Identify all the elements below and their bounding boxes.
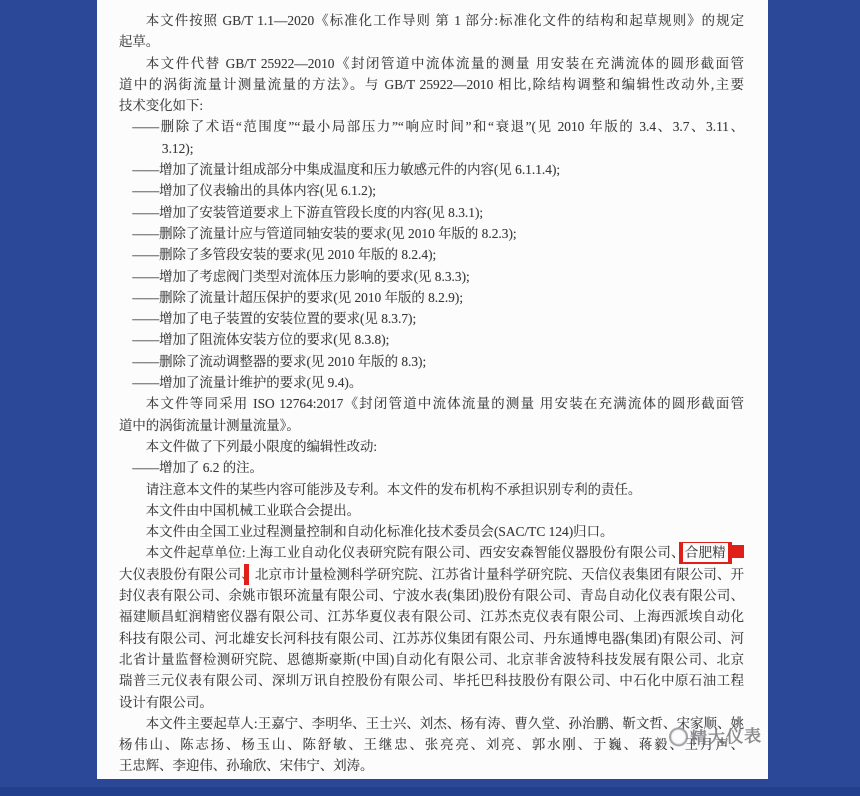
text-segment: 道中的涡街流量计测量流量》。: [119, 418, 300, 433]
text-line: 本文件主要起草人:王嘉宁、李明华、王士兴、刘杰、杨有涛、曹久堂、孙治鹏、靳文哲、…: [119, 713, 744, 734]
text-segment: ——增加了电子装置的安装位置的要求(见 8.3.7);: [132, 311, 416, 326]
text-segment: ——删除了流动调整器的要求(见 2010 年版的 8.3);: [132, 354, 426, 369]
text-segment: ——删除了流量计应与管道同轴安装的要求(见 2010 年版的 8.2.3);: [132, 226, 516, 241]
text-segment: ——删除了术语“范围度”“最小局部压力”“响应时间”和“衰退”(见 2010 年…: [132, 119, 744, 134]
text-line: 封仪表有限公司、余姚市银环流量有限公司、宁波水表(集团)股份有限公司、青岛自动化…: [119, 585, 744, 606]
text-line: ——增加了阻流体安装方位的要求(见 8.3.8);: [119, 329, 744, 350]
text-line: ——增加了安装管道要求上下游直管段长度的内容(见 8.3.1);: [119, 202, 744, 223]
text-segment: 本文件由中国机械工业联合会提出。: [146, 503, 360, 518]
text-segment: ——增加了安装管道要求上下游直管段长度的内容(见 8.3.1);: [132, 205, 483, 220]
text-line: ——增加了流量计维护的要求(见 9.4)。: [119, 372, 744, 393]
text-line: ——删除了流动调整器的要求(见 2010 年版的 8.3);: [119, 351, 744, 372]
text-line: ——删除了术语“范围度”“最小局部压力”“响应时间”和“衰退”(见 2010 年…: [119, 116, 744, 137]
document-lines: 本文件按照 GB/T 1.1—2020《标准化工作导则 第 1 部分:标准化文件…: [97, 0, 768, 777]
text-segment: 王忠辉、李迎伟、孙瑜欣、宋伟宁、刘涛。: [119, 758, 373, 773]
text-segment: 起草。: [119, 34, 159, 49]
text-line: 科技有限公司、河北雄安长河科技有限公司、江苏苏仪集团有限公司、丹东通博电器(集团…: [119, 628, 744, 649]
text-line: 本文件代替 GB/T 25922—2010《封闭管道中流体流量的测量 用安装在充…: [119, 53, 744, 74]
text-segment: 本文件按照 GB/T 1.1—2020《标准化工作导则 第 1 部分:标准化文件…: [146, 13, 744, 28]
text-segment: 道中的涡街流量计测量流量的方法》。与 GB/T 25922—2010 相比,除结…: [119, 77, 744, 92]
text-line: 福建顺昌虹润精密仪器有限公司、江苏华夏仪表有限公司、江苏杰克仪表有限公司、上海西…: [119, 606, 744, 627]
text-line: 本文件等同采用 ISO 12764:2017《封闭管道中流体流量的测量 用安装在…: [119, 393, 744, 414]
text-line: 本文件由全国工业过程测量控制和自动化标准化技术委员会(SAC/TC 124)归口…: [119, 521, 744, 542]
text-segment: ——增加了考虑阀门类型对流体压力影响的要求(见 8.3.3);: [132, 269, 469, 284]
screenshot-root: { "page": { "background_color": "#2a4798…: [0, 0, 860, 796]
text-segment: ——增加了阻流体安装方位的要求(见 8.3.8);: [132, 332, 389, 347]
text-line: ——删除了流量计应与管道同轴安装的要求(见 2010 年版的 8.2.3);: [119, 223, 744, 244]
text-line: ——删除了流量计超压保护的要求(见 2010 年版的 8.2.9);: [119, 287, 744, 308]
text-line: 请注意本文件的某些内容可能涉及专利。本文件的发布机构不承担识别专利的责任。: [119, 479, 744, 500]
text-line: ——增加了仪表输出的具体内容(见 6.1.2);: [119, 180, 744, 201]
text-segment: 设计有限公司。: [119, 695, 213, 710]
text-segment: ——删除了多管段安装的要求(见 2010 年版的 8.2.4);: [132, 247, 436, 262]
text-segment: 本文件由全国工业过程测量控制和自动化标准化技术委员会(SAC/TC 124)归口…: [146, 524, 614, 539]
text-line: 瑞普三元仪表有限公司、深圳万讯自控股份有限公司、毕托巴科技股份有限公司、中石化中…: [119, 670, 744, 691]
text-line: 本文件起草单位:上海工业自动化仪表研究院有限公司、西安安森智能仪器股份有限公司、…: [119, 542, 744, 563]
text-segment: ——增加了仪表输出的具体内容(见 6.1.2);: [132, 183, 376, 198]
text-segment: 瑞普三元仪表有限公司、深圳万讯自控股份有限公司、毕托巴科技股份有限公司、中石化中…: [119, 673, 744, 688]
text-line: 设计有限公司。: [119, 692, 744, 713]
text-line: ——增加了电子装置的安装位置的要求(见 8.3.7);: [119, 308, 744, 329]
text-segment: 封仪表有限公司、余姚市银环流量有限公司、宁波水表(集团)股份有限公司、青岛自动化…: [119, 588, 744, 603]
text-line: 起草。: [119, 31, 744, 52]
text-line: ——增加了考虑阀门类型对流体压力影响的要求(见 8.3.3);: [119, 266, 744, 287]
text-line: 本文件按照 GB/T 1.1—2020《标准化工作导则 第 1 部分:标准化文件…: [119, 10, 744, 31]
text-segment: ——增加了流量计维护的要求(见 9.4)。: [132, 375, 362, 390]
text-line: ——增加了 6.2 的注。: [119, 457, 744, 478]
text-segment: 本文件主要起草人:王嘉宁、李明华、王士兴、刘杰、杨有涛、曹久堂、孙治鹏、靳文哲、…: [119, 716, 744, 734]
text-line: 本文件由中国机械工业联合会提出。: [119, 500, 744, 521]
text-line: 技术变化如下:: [119, 95, 744, 116]
text-line: 王忠辉、李迎伟、孙瑜欣、宋伟宁、刘涛。: [119, 755, 744, 776]
background-bottom-band: [0, 787, 860, 796]
text-line: 道中的涡街流量计测量流量的方法》。与 GB/T 25922—2010 相比,除结…: [119, 74, 744, 95]
text-line: 本文件做了下列最小限度的编辑性改动:: [119, 436, 744, 457]
highlight-fill: [729, 545, 744, 558]
text-segment: 杨伟山、陈志扬、杨玉山、陈舒敏、王继忠、张亮亮、刘亮、郭水刚、于巍、蒋毅、王月声…: [119, 737, 744, 752]
text-line: 道中的涡街流量计测量流量》。: [119, 415, 744, 436]
text-segment: 技术变化如下:: [119, 98, 203, 113]
text-segment: ——增加了 6.2 的注。: [132, 460, 263, 475]
text-segment: 请注意本文件的某些内容可能涉及专利。本文件的发布机构不承担识别专利的责任。: [146, 482, 641, 497]
text-segment: 本文件做了下列最小限度的编辑性改动:: [146, 439, 377, 454]
text-line: ——删除了多管段安装的要求(见 2010 年版的 8.2.4);: [119, 244, 744, 265]
highlight-box: 大仪表股份有限公司: [119, 567, 241, 582]
text-line: 大仪表股份有限公司、北京市计量检测科学研究院、江苏省计量科学研究院、天信仪表集团…: [119, 564, 744, 585]
text-segment: 3.12);: [162, 141, 194, 156]
text-segment: 本文件起草单位:上海工业自动化仪表研究院有限公司、西安安森智能仪器股份有限公司、: [146, 545, 685, 560]
text-line: 3.12);: [119, 138, 744, 159]
text-segment: ——删除了流量计超压保护的要求(见 2010 年版的 8.2.9);: [132, 290, 463, 305]
text-line: 杨伟山、陈志扬、杨玉山、陈舒敏、王继忠、张亮亮、刘亮、郭水刚、于巍、蒋毅、王月声…: [119, 734, 744, 755]
highlight-box: 合肥精: [685, 545, 726, 560]
text-segment: 本文件代替 GB/T 25922—2010《封闭管道中流体流量的测量 用安装在充…: [146, 56, 744, 71]
text-segment: 本文件等同采用 ISO 12764:2017《封闭管道中流体流量的测量 用安装在…: [146, 396, 744, 411]
text-segment: 北省计量监督检测研究院、恩德斯豪斯(中国)自动化有限公司、北京菲舍波特科技发展有…: [119, 652, 744, 667]
text-segment: 福建顺昌虹润精密仪器有限公司、江苏华夏仪表有限公司、江苏杰克仪表有限公司、上海西…: [119, 609, 744, 624]
text-line: 北省计量监督检测研究院、恩德斯豪斯(中国)自动化有限公司、北京菲舍波特科技发展有…: [119, 649, 744, 670]
text-segment: ——增加了流量计组成部分中集成温度和压力敏感元件的内容(见 6.1.1.4);: [132, 162, 560, 177]
document-page: 本文件按照 GB/T 1.1—2020《标准化工作导则 第 1 部分:标准化文件…: [97, 0, 768, 779]
text-segment: 、北京市计量检测科学研究院、江苏省计量科学研究院、天信仪表集团有限公司、开: [241, 567, 744, 582]
text-line: ——增加了流量计组成部分中集成温度和压力敏感元件的内容(见 6.1.1.4);: [119, 159, 744, 180]
text-segment: 科技有限公司、河北雄安长河科技有限公司、江苏苏仪集团有限公司、丹东通博电器(集团…: [119, 631, 744, 646]
